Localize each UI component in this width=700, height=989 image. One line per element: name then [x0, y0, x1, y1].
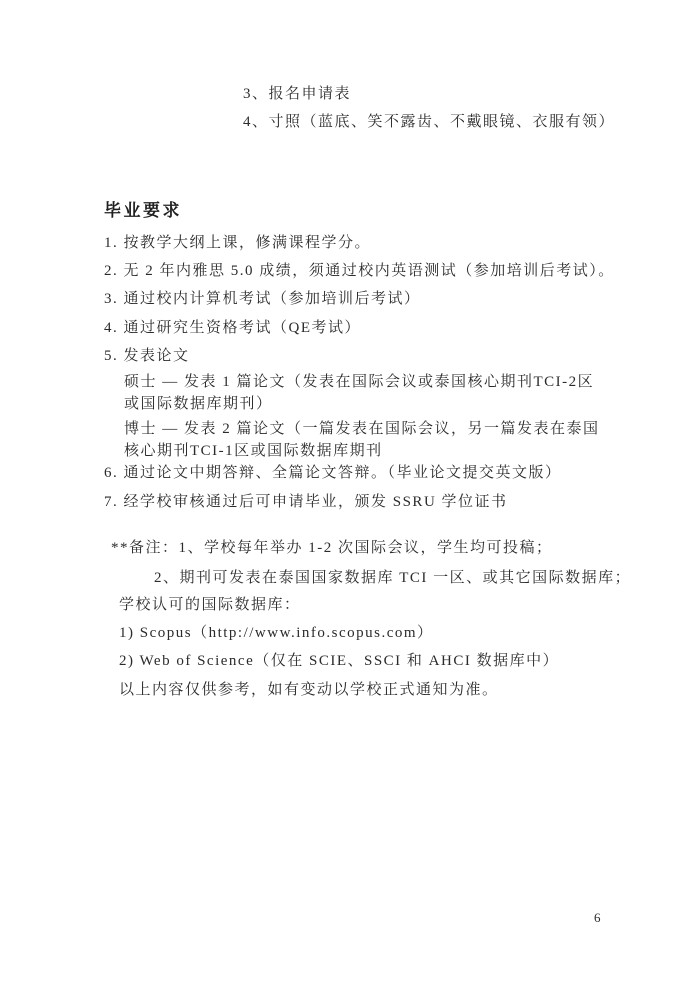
requirement-item-1: 1. 按教学大纲上课，修满课程学分。: [104, 233, 371, 253]
requirement-item-7: 7. 经学校审核通过后可申请毕业，颁发 SSRU 学位证书: [104, 492, 508, 512]
document-page: 3、报名申请表 4、寸照（蓝底、笑不露齿、不戴眼镜、衣服有领） 毕业要求 1. …: [0, 0, 700, 989]
requirement-item-5: 5. 发表论文: [104, 346, 190, 366]
requirement-item-6: 6. 通过论文中期答辩、全篇论文答辩。（毕业论文提交英文版）: [104, 463, 562, 483]
publication-detail-master: 硕士 — 发表 1 篇论文（发表在国际会议或泰国核心期刊TCI-2区或国际数据库…: [124, 371, 602, 415]
section-heading-graduation-requirements: 毕业要求: [104, 196, 182, 221]
database-item-web-of-science: 2) Web of Science（仅在 SCIE、SSCI 和 AHCI 数据…: [119, 651, 559, 671]
attachment-list-item-3: 3、报名申请表: [243, 84, 351, 104]
disclaimer-text: 以上内容仅供参考，如有变动以学校正式通知为准。: [119, 680, 499, 700]
requirement-item-3: 3. 通过校内计算机考试（参加培训后考试）: [104, 289, 421, 309]
recognized-databases-heading: 学校认可的国际数据库：: [119, 595, 301, 615]
attachment-list-item-4: 4、寸照（蓝底、笑不露齿、不戴眼镜、衣服有领）: [243, 112, 615, 132]
remark-line-2: 2、期刊可发表在泰国国家数据库 TCI 一区、或其它国际数据库；: [154, 568, 631, 588]
remark-line-1: **备注：1、学校每年举办 1-2 次国际会议，学生均可投稿；: [111, 538, 553, 558]
publication-detail-doctor: 博士 — 发表 2 篇论文（一篇发表在国际会议，另一篇发表在泰国核心期刊TCI-…: [124, 418, 606, 462]
database-item-scopus: 1) Scopus（http://www.info.scopus.com）: [119, 623, 434, 643]
requirement-item-4: 4. 通过研究生资格考试（QE考试）: [104, 318, 361, 338]
page-number: 6: [594, 910, 601, 926]
requirement-item-2: 2. 无 2 年内雅思 5.0 成绩，须通过校内英语测试（参加培训后考试）。: [104, 261, 615, 281]
